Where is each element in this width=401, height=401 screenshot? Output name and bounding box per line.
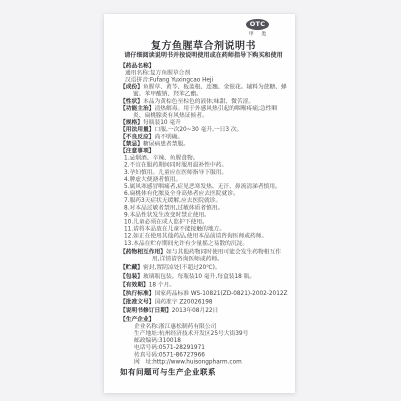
section-description: 【性状】本品为黄棕色至棕色的液体;味甜、微苦涩。 bbox=[120, 97, 287, 104]
page-background: { "colors":{"background":"#f3f3f5","pape… bbox=[0, 0, 401, 401]
contact-footer: 如有问题可与生产企业联系 bbox=[120, 368, 287, 375]
precaution-item: 12.如正在使用其他药品,使用本品前请咨询医师或药师。 bbox=[120, 232, 287, 239]
precaution-item: 11.请将本品放在儿童不能接触的地方。 bbox=[120, 225, 287, 232]
insert-title: 复方鱼腥草合剂说明书 bbox=[120, 42, 287, 49]
insert-body: 【药品名称】 通用名称:复方鱼腥草合剂 汉语拼音:Fufang Yuxingca… bbox=[120, 62, 287, 376]
section-label: 【成份】 bbox=[120, 83, 143, 90]
section-label: 【药品名称】 bbox=[120, 62, 155, 69]
precaution-item: 2.不宜在服药期间同时服用温补性中药。 bbox=[120, 161, 287, 168]
section-text: 国药准字 Z20026198 bbox=[155, 298, 213, 305]
section-adverse-reactions: 【不良反应】尚不明确。 bbox=[120, 133, 287, 140]
section-manufacturer: 【生产企业】 bbox=[120, 315, 287, 322]
section-ingredients: 【成份】鱼腥草、黄芩、板蓝根、连翘、金银花。辅料为蔗糖、蜂蜜、苯甲酸钠、羟苯乙酯… bbox=[120, 83, 287, 97]
section-precautions: 【注意事项】 bbox=[120, 147, 287, 154]
section-text: 本品为黄棕色至棕色的液体;味甜、微苦涩。 bbox=[143, 97, 254, 104]
section-text: 密封,置阴凉处(不超过20℃)。 bbox=[143, 264, 221, 271]
section-revision-date: 【说明书修订日期】2013年08月22日 bbox=[120, 307, 287, 314]
precaution-item: 10.儿童必须在成人监护下使用。 bbox=[120, 218, 287, 225]
drug-generic-name-line: 通用名称:复方鱼腥草合剂 bbox=[120, 69, 287, 76]
manufacturer-postcode-line: 邮政编码:310018 bbox=[120, 337, 287, 344]
insert-content: OTC 甲 类 复方鱼腥草合剂说明书 请仔细阅读说明书并按说明使用或在药师指导下… bbox=[104, 14, 295, 393]
section-label: 【规格】 bbox=[120, 119, 143, 126]
section-drug-name: 【药品名称】 bbox=[120, 62, 287, 69]
section-label: 【生产企业】 bbox=[120, 315, 155, 322]
manufacturer-fax-line: 传真号码:0571-86727966 bbox=[120, 351, 287, 358]
section-functions: 【功能主治】清热解毒。用于外感风热引起的咽喉疼痛;急性咽炎、扁桃腺炎有风热证候者… bbox=[120, 104, 287, 118]
section-label: 【批准文号】 bbox=[120, 298, 155, 305]
manufacturer-phone-line: 电话号码:0571-28291971 bbox=[120, 344, 287, 351]
section-text: 玻璃瓶包装。每瓶装10 毫升,每盒装18 瓶。 bbox=[143, 272, 255, 279]
precaution-item: 13.本品在贮存期间允许有少量摇之易散的沉淀。 bbox=[120, 239, 287, 246]
otc-logo: OTC bbox=[246, 19, 269, 30]
section-approval-number: 【批准文号】国药准字 Z20026198 bbox=[120, 298, 287, 305]
section-drug-interactions: 【药物相互作用】如与其他药物同时使用可能会发生药物相互作用,详情请咨询医师或药师… bbox=[120, 248, 287, 262]
section-label: 【包装】 bbox=[120, 272, 143, 279]
section-text: 尚不明确。 bbox=[155, 133, 184, 140]
precaution-item: 5.属风寒感冒咽痛者,症见恶寒发热、无汗、鼻流清涕者慎用。 bbox=[120, 183, 287, 190]
precaution-item: 3.孕妇慎用。儿童应在医师指导下服用。 bbox=[120, 168, 287, 175]
section-standard: 【执行标准】国家药品标准 WS-10821(ZD-0821)-2002-2012… bbox=[120, 289, 287, 296]
precaution-item: 8.对本品过敏者禁用,过敏体质者慎用。 bbox=[120, 204, 287, 211]
section-label: 【禁忌】 bbox=[120, 140, 143, 147]
manufacturer-address-line: 生产地址:杭州经济技术开发区25号大街39号 bbox=[120, 329, 287, 336]
section-specification: 【规格】每瓶装10 毫升 bbox=[120, 119, 287, 126]
usage-notice: 请仔细阅读说明书并按说明使用或在药师指导下购买和使用 bbox=[120, 52, 287, 59]
otc-mark: OTC 甲 类 bbox=[240, 19, 275, 38]
section-label: 【注意事项】 bbox=[120, 147, 155, 154]
section-text: 清热解毒。用于外感风热引起的咽喉疼痛;急性咽炎、扁桃腺炎有风热证候者。 bbox=[133, 104, 277, 118]
section-text: 18 个月。 bbox=[149, 281, 175, 288]
manufacturer-name-line: 企业名称:浙江惠松制药有限公司 bbox=[120, 322, 287, 329]
section-text: 口服,一次20~30 毫升,一日3 次。 bbox=[155, 126, 243, 133]
drug-pinyin-line: 汉语拼音:Fufang Yuxingcao Heji bbox=[120, 76, 287, 83]
section-validity: 【有效期】18 个月。 bbox=[120, 281, 287, 288]
precaution-item: 4.脾虚大便溏者慎用。 bbox=[120, 175, 287, 182]
section-label: 【药物相互作用】 bbox=[120, 248, 166, 255]
section-packaging: 【包装】玻璃瓶包装。每瓶装10 毫升,每盒装18 瓶。 bbox=[120, 272, 287, 279]
section-text: 每瓶装10 毫升 bbox=[143, 119, 181, 126]
section-label: 【功能主治】 bbox=[120, 104, 155, 111]
section-label: 【贮藏】 bbox=[120, 264, 143, 271]
section-contraindications: 【禁忌】糖尿病患者禁服。 bbox=[120, 140, 287, 147]
section-label: 【有效期】 bbox=[120, 281, 149, 288]
section-text: 糖尿病患者禁服。 bbox=[143, 140, 189, 147]
section-text: 鱼腥草、黄芩、板蓝根、连翘、金银花。辅料为蔗糖、蜂蜜、苯甲酸钠、羟苯乙酯。 bbox=[133, 83, 287, 97]
section-label: 【执行标准】 bbox=[120, 289, 155, 296]
section-dosage: 【用法用量】口服,一次20~30 毫升,一日3 次。 bbox=[120, 126, 287, 133]
otc-class-label: 甲 类 bbox=[246, 31, 270, 38]
section-label: 【性状】 bbox=[120, 97, 143, 104]
section-text: 2013年08月22日 bbox=[172, 307, 219, 314]
manufacturer-website-line: 网 址:http://www.huisongpharm.com bbox=[120, 358, 287, 365]
precaution-item: 9.本品性状发生改变时禁止使用。 bbox=[120, 211, 287, 218]
section-text: 如与其他药物同时使用可能会发生药物相互作用,详情请咨询医师或药师。 bbox=[152, 248, 281, 262]
section-label: 【用法用量】 bbox=[120, 126, 155, 133]
section-storage: 【贮藏】密封,置阴凉处(不超过20℃)。 bbox=[120, 264, 287, 271]
section-label: 【说明书修订日期】 bbox=[120, 307, 172, 314]
package-insert: OTC 甲 类 复方鱼腥草合剂说明书 请仔细阅读说明书并按说明使用或在药师指导下… bbox=[104, 14, 295, 393]
section-text: 国家药品标准 WS-10821(ZD-0821)-2002-2012Z bbox=[155, 289, 288, 296]
section-label: 【不良反应】 bbox=[120, 133, 155, 140]
precaution-item: 1.忌烟酒、辛辣、鱼腥食物。 bbox=[120, 154, 287, 161]
precaution-item: 7.服药3天症状无缓解,应去医院就诊。 bbox=[120, 197, 287, 204]
precaution-item: 6.扁桃体有化脓及全身高热者应去医院就诊。 bbox=[120, 190, 287, 197]
